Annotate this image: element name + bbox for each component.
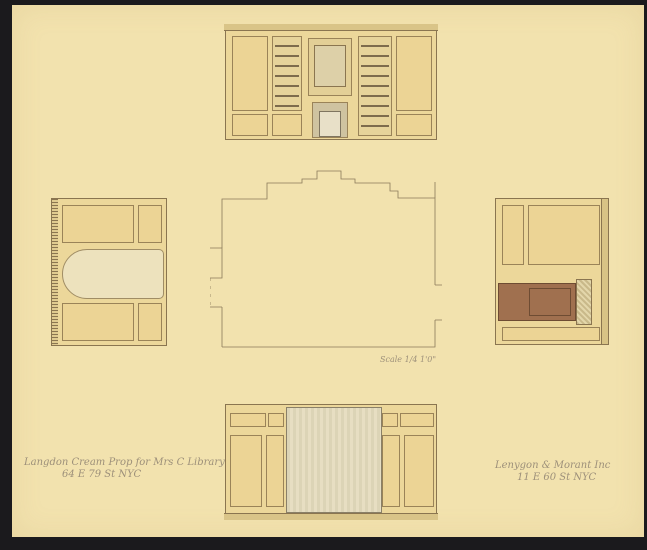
panel [138, 205, 162, 243]
panel [382, 435, 400, 507]
bookcase-right [358, 36, 392, 136]
floor-plan [210, 170, 450, 355]
panel [266, 435, 284, 507]
panel [232, 36, 268, 111]
scale-note: Scale 1/4 1'0" [380, 355, 436, 364]
cornice [224, 24, 438, 31]
panel [138, 303, 162, 341]
drawing-sheet: Langdon Cream Prop for Mrs C Library 64 … [12, 5, 644, 537]
panel [230, 413, 266, 427]
carved-cabinet [498, 283, 576, 321]
elevation-west [51, 198, 167, 346]
tapestry [286, 407, 382, 513]
panel [272, 114, 302, 136]
molding [52, 199, 58, 345]
panel [230, 435, 262, 507]
panel [268, 413, 284, 427]
window-recess [62, 249, 164, 299]
panel [396, 114, 432, 136]
elevation-north [225, 25, 437, 140]
panel [382, 413, 398, 427]
firm-note-line2: 11 E 60 St NYC [517, 472, 596, 483]
elevation-south [225, 404, 437, 519]
panel [502, 205, 524, 265]
carved-ornament [576, 279, 592, 325]
bookcase-left [272, 36, 302, 111]
client-note-line2: 64 E 79 St NYC [62, 469, 141, 480]
elevation-east [495, 198, 609, 345]
panel [400, 413, 434, 427]
panel [396, 36, 432, 111]
fireplace [312, 102, 348, 138]
panel [404, 435, 434, 507]
panel [502, 327, 600, 341]
panel [232, 114, 268, 136]
panel [62, 205, 134, 243]
panel [528, 205, 600, 265]
client-note-line1: Langdon Cream Prop for Mrs C Library [24, 457, 225, 468]
firm-note-line1: Lenygon & Morant Inc [495, 460, 610, 471]
panel [62, 303, 134, 341]
overmantel-painting [308, 38, 352, 96]
